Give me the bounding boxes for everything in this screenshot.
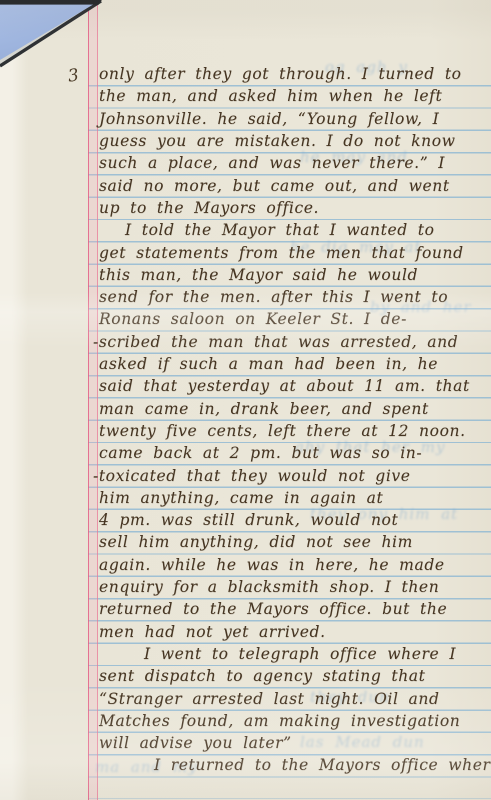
handwritten-line: asked if such a man had been in, he [99, 353, 491, 375]
handwritten-line: I returned to the Mayors office where [99, 754, 491, 776]
handwritten-line: such a place, and was never there.” I [99, 152, 491, 174]
handwritten-line: returned to the Mayors office. but the [99, 598, 491, 620]
handwritten-line: I told the Mayor that I wanted to [99, 219, 491, 241]
handwritten-line: get statements from the men that found [99, 242, 491, 264]
handwritten-line: guess you are mistaken. I do not know [99, 130, 491, 152]
handwritten-line: 4 pm. was still drunk, would not [99, 509, 491, 531]
handwritten-line: him anything, came in again at [99, 487, 491, 509]
handwritten-line: only after they got through. I turned to [99, 63, 491, 85]
handwritten-line: said that yesterday at about 11 am. that [99, 375, 491, 397]
handwritten-line: came back at 2 pm. but was so in- [99, 442, 491, 464]
handwritten-line: will advise you later” [99, 732, 491, 754]
handwritten-line: men had not yet arrived. [99, 621, 491, 643]
handwritten-line: up to the Mayors office. [99, 197, 491, 219]
handwritten-line: man came in, drank beer, and spent [99, 398, 491, 420]
handwritten-line: Matches found, am making investigation [99, 710, 491, 732]
handwritten-line: “Stranger arrested last night. Oil and [99, 688, 491, 710]
handwritten-line: send for the men. after this I went to [99, 286, 491, 308]
cover-corner-black [0, 0, 99, 5]
handwritten-line: I went to telegraph office where I [99, 643, 491, 665]
handwritten-line: Johnsonville. he said, “Young fellow, I [99, 108, 491, 130]
handwritten-line: twenty five cents, left there at 12 noon… [99, 420, 491, 442]
margin-rule [88, 0, 98, 800]
handwritten-line: Ronans saloon on Keeler St. I de- [99, 308, 491, 330]
handwritten-line: this man, the Mayor said he would [99, 264, 491, 286]
handwritten-line: the man, and asked him when he left [99, 85, 491, 107]
handwritten-line: again. while he was in here, he made [99, 554, 491, 576]
handwritten-line: sent dispatch to agency stating that [99, 665, 491, 687]
handwritten-line: sell him anything, did not see him [99, 531, 491, 553]
handwritten-line: -scribed the man that was arrested, and [93, 331, 491, 353]
manuscript-text: only after they got through. I turned to… [99, 63, 491, 777]
handwritten-line: said no more, but came out, and went [99, 175, 491, 197]
folded-corner [0, 0, 112, 76]
handwritten-line: enquiry for a blacksmith shop. I then [99, 576, 491, 598]
handwritten-line: -toxicated that they would not give [93, 465, 491, 487]
notebook-page: og agh y he may and he dig may at by and… [0, 0, 491, 800]
